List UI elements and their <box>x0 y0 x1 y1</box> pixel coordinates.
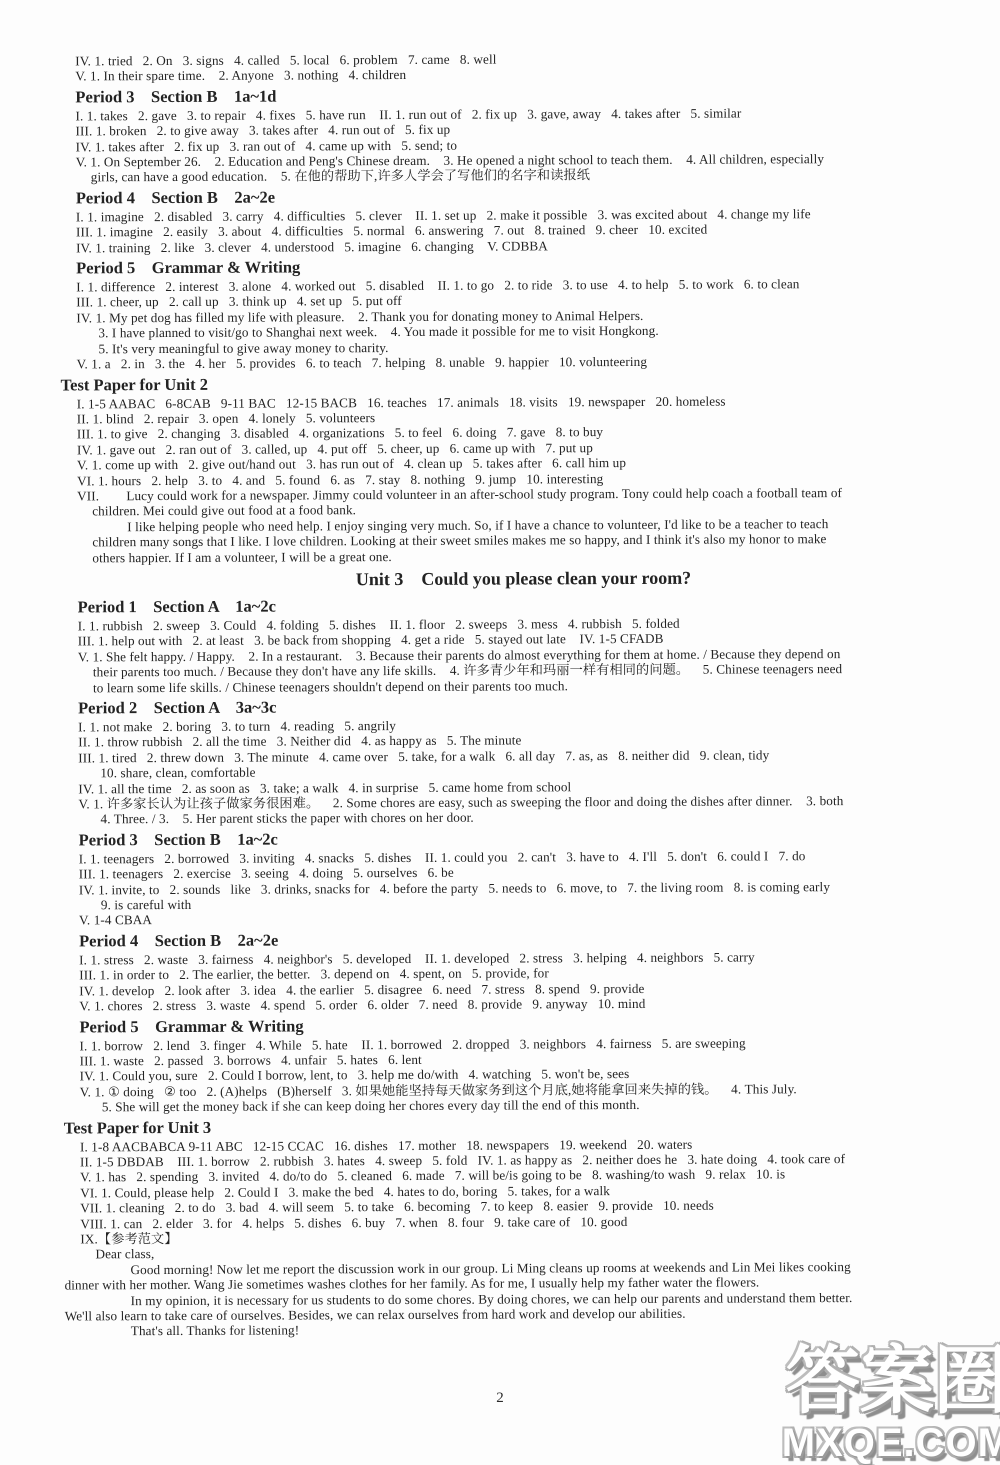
watermark-site-text: MXQE.COM <box>782 1423 1000 1463</box>
watermark: 答案圈 MXQE.COM <box>782 1345 1000 1463</box>
watermark-logo-text: 答案圈 <box>782 1345 1000 1419</box>
unit-title: Unit 3 Could you please clean your room? <box>61 561 985 594</box>
answers-content: IV. 1. tried 2. On 3. signs 4. called 5.… <box>0 49 1000 1339</box>
answer-line: That's all. Thanks for listening! <box>65 1320 989 1339</box>
answer-sheet-page: IV. 1. tried 2. On 3. signs 4. called 5.… <box>0 0 1000 1465</box>
